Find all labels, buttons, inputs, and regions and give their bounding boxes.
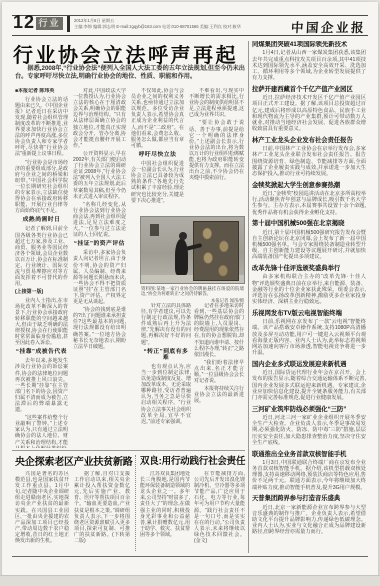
- main-column-3-upper: 不仅如此,协会与会员企业之间的权利义务关系,也亟待通过立法加以规范。多位受访企业…: [131, 88, 184, 214]
- main-headline: 行业协会立法呼声再起: [13, 39, 247, 68]
- body-paragraph: 也有观点认为,应当一步到位制定法律,以免造成制度反复、增加改革成本。无论采取哪种…: [141, 364, 191, 425]
- brief-headline: 国内企业多式联运发展迎来新机遇: [252, 361, 366, 369]
- newspaper-masthead: 中国企业报: [291, 18, 367, 36]
- column-subhead: 成熟尚需时日: [15, 217, 68, 223]
- brief-body: 近日,第十届中国机械500强研究报告发布会暨自主创新论坛在北京闭幕,会上发布了新…: [252, 230, 366, 261]
- column-subhead: “挂证”的资产评估: [73, 241, 126, 247]
- body-paragraph: “这些案件给整个行业敲响了警钟。”上述专家认为,只有通过立法明确协会的法人地位、…: [15, 415, 68, 448]
- brief-item: 金犊奖掀起大学生创意参赛热潮近日,“金犊奖”校园巡讲活动在北京多所高校举行,活动…: [252, 182, 366, 216]
- body-paragraph: “要让协会敢于说话、善于办事,前提是给它一个明确的法律身份。”上述副会长表示,行…: [189, 120, 244, 181]
- body-paragraph: 据了解,自对口支援工作启动以来,相关央企累计投入帮扶资金数亿元,先后实施产业、教…: [74, 471, 130, 544]
- body-paragraph: 不难看出,与现实中不断增长的需求相比,行业协会的制度供给明显不足,立法进程亟须提…: [189, 88, 244, 118]
- brief-headline: 天普集团跨界参与打造音乐盛典: [252, 495, 366, 503]
- body-paragraph: 记者了解到,目前全国各级各类行业协会已超过七万家,涉及工业、商贸、服务业等国民经…: [15, 226, 68, 287]
- brief-body: 近日,河北三河一家矿业企业组织开展冬季安全生产大检查。企业负责人表示,冬季是事故…: [252, 415, 366, 446]
- body-paragraph: “我们盼着法律早点出来,名正才能言顺。”一位县级协会会长对记者说。: [194, 360, 244, 384]
- bottom-right-headline: 双良:用行动践行社会责任: [140, 453, 245, 467]
- brief-item: 同煤集团突破41项国际领先新技术1月4日,记者从山西一家煤炭集团获悉,该集团去年…: [252, 41, 366, 81]
- brief-item: 改革先锋十佳评选颁奖盛典举行由多家机构联合主办的“改革先锋·十佳人物”评选颁奖盛…: [252, 265, 366, 305]
- body-paragraph: 不仅如此,协会与会员企业之间的权利义务关系,也亟待通过立法加以规范。多位受访企业…: [131, 88, 184, 149]
- byline: ■本报记者 陈玮英: [15, 88, 68, 94]
- edition-info: 2012年1月6日 星期五 主编:李锦 编辑:郭志明 E-mail:zgqyb@…: [74, 18, 244, 29]
- newspaper-page: 12 行业 2012年1月6日 星期五 主编:李锦 编辑:郭志明 E-mail:…: [0, 0, 380, 586]
- page-bottom-rule: [12, 556, 368, 557]
- news-photo: [141, 217, 244, 283]
- body-paragraph: “协会的钱到底是谁的?出了问题谁来承担责任?这些最基本的问题,现行法规都没有给出…: [73, 307, 126, 350]
- briefs-column: 同煤集团突破41项国际领先新技术1月4日,记者从山西一家煤炭集团获悉,该集团去年…: [252, 41, 366, 553]
- body-paragraph: 记者在多地采访时看到,一些基层协会的牌匾仍然挂在政府部门的院墙上,人员混岗、经费…: [194, 303, 244, 358]
- column-subhead: 呼吁尽快立法: [131, 152, 184, 158]
- brief-headline: 改革先锋十佳评选颁奖盛典举行: [252, 265, 366, 273]
- photo-window: [150, 224, 159, 236]
- brief-body: 近日,“金犊奖”校园巡讲活动在北京多所高校举行,活动聚焦青年创意与品牌成长,吸引…: [252, 191, 366, 216]
- page-number: 12: [13, 12, 35, 33]
- continued-note: (上接第一版): [15, 289, 68, 295]
- brief-item: 第十届中国机械500强在北京揭晓近日,第十届中国机械500强研究报告发布会暨自主…: [252, 220, 366, 260]
- main-column-3-lower: 针对立法的具体路径,有学者建议,可以先行制定行政法规,待条件成熟后再上升为法律,…: [141, 303, 191, 448]
- brief-body: 1月4日,记者从山西一家煤炭集团获悉,该集团去年共完成重点科技攻关项目百余项,其…: [252, 50, 366, 81]
- brief-item: 联通推出全业务首款双核智能手机1月3日,中国联通联合终端厂商在京发布全业务首款双…: [252, 451, 366, 491]
- bottom-left-headline: 央企探索老区产业扶贫新路: [15, 453, 130, 468]
- body-paragraph: 本报将持续关注行业协会立法的最新进展。: [194, 386, 244, 404]
- main-column-4-upper: 不难看出,与现实中不断增长的需求相比,行业协会的制度供给明显不足,立法进程亟须提…: [189, 88, 244, 214]
- brief-body: 由多家机构联合主办的“改革先锋·十佳人物”评选颁奖盛典日前在京举行,来自能源、装…: [252, 274, 366, 305]
- brief-headline: 同煤集团突破41项国际领先新技术: [252, 41, 366, 49]
- body-paragraph: 中国社会组织促进会一位副会长认为,行业协会立法已具备较为成熟的条件,“各地先行先…: [131, 161, 184, 204]
- bottom-right-column-1: 江苏双良集团地处长三角腹地,是国内节能环保装备制造领域的龙头企业之一。多年来,公…: [140, 471, 190, 553]
- header-divider-bar: [67, 16, 70, 32]
- brief-item: 国内企业多式联运发展迎来新机遇近日,国际货运代理行业年会在京召开。会上发布的报告…: [252, 361, 366, 401]
- brief-body: 1月3日,中国联通联合终端厂商在京发布全业务首款双核智能手机。据介绍,该机型搭载…: [252, 460, 366, 491]
- brief-item: 乐视网发布TV版云电视智能终端日前,乐视网在京发布了一款“云电视”智能终端。该产…: [252, 310, 366, 357]
- brief-body: 近日,北京一家新能源企业宣布跨界参与大型音乐盛典的制作与推广。企业负责人表示,希…: [252, 505, 366, 536]
- photo-worker-head: [179, 232, 187, 240]
- body-paragraph: 对此,中国政法大学一位教授认为,行业协会立法的核心在于厘清政会关系,明确协会的职…: [73, 88, 126, 149]
- bottom-section-rule: [12, 450, 245, 451]
- brief-body: 近日,拉萨经济技术开发区千亿产值产业园区项目正式开工建设。据了解,该项目总投资超…: [252, 95, 366, 132]
- brief-headline: 联通推出全业务首款双核智能手机: [252, 451, 366, 459]
- body-paragraph: 江苏双良集团地处长三角腹地,是国内节能环保装备制造领域的龙头企业之一。多年来,公…: [140, 471, 190, 538]
- article-lede: 据悉,2008年,“行业协会法”便列入全国人大法工委的五年立法规划,但至今仍未出…: [15, 65, 245, 81]
- photo-caption-text: 资料图:某地一家行业协会的牌匾悬挂在斑驳的院墙边,“协会为何难转正”之问仍待解答…: [141, 286, 244, 296]
- photo-door-plaque: [193, 221, 239, 281]
- brief-item: 三河矿业筑牢防线必须强化“三防”近日,河北三河一家矿业企业组织开展冬季安全生产大…: [252, 406, 366, 446]
- column-subhead: “挂靠”成被告代表: [15, 349, 68, 355]
- body-paragraph: 公开资料显示,早在2002年,有关部门便启动了行业协会立法的调研论证;2008年…: [73, 151, 126, 200]
- section-badge: 行业: [36, 17, 63, 30]
- briefs-divider-rule: [248, 41, 249, 553]
- header-top-rule: [12, 15, 368, 16]
- bottom-articles-divider: [135, 455, 136, 551]
- brief-headline: 三河矿业筑牢防线必须强化“三防”: [252, 406, 366, 414]
- photo-caption: 资料图:某地一家行业协会的牌匾悬挂在斑驳的院墙边,“协会为何难转正”之问仍待解答…: [141, 286, 244, 303]
- photo-worker-silhouette: [175, 239, 188, 275]
- brief-item: 拉萨开建西藏首个千亿产值产业园区近日,拉萨经济技术开发区千亿产值产业园区项目正式…: [252, 86, 366, 133]
- brief-headline: 拉萨开建西藏首个千亿产值产业园区: [252, 86, 366, 94]
- body-paragraph: 采访中,多家协会负责人向记者坦言,由于身份不明,协会的资产归属、人员编制、经费来…: [73, 250, 126, 305]
- body-paragraph: “行业协会是市场经济的重要组成部分,是政府与企业之间的桥梁和纽带。”中国社会科学…: [15, 160, 68, 215]
- body-paragraph: 兴国是著名的苏区模范县,也是国家扶贫开发工作重点县。1月中旬,记者随中央企业调研…: [15, 471, 69, 544]
- brief-headline: 乐视网发布TV版云电视智能终端: [252, 310, 366, 318]
- body-paragraph: 去年以来,多地发生涉及行业协会的诉讼案件,协会的法律地位问题再次被推上风口浪尖。…: [15, 358, 68, 413]
- brief-item: 天普集团跨界参与打造音乐盛典近日,北京一家新能源企业宣布跨界参与大型音乐盛典的制…: [252, 495, 366, 535]
- brief-body: 日前,中国林产工业协会在京举行发布会,多家林产工业龙头企业联合发布社会责任报告。…: [252, 146, 366, 177]
- brief-headline: 林产工业龙头企业发布社会责任报告: [252, 137, 366, 145]
- body-paragraph: 业内人士指出,在市场化改革不断深入的背景下,行业协会承接政府转移职能的空间越来越…: [15, 298, 68, 347]
- brief-item: 林产工业龙头企业发布社会责任报告日前,中国林产工业协会在京举行发布会,多家林产工…: [252, 137, 366, 177]
- body-paragraph: 针对立法的具体路径,有学者建议,可以先行制定行政法规,待条件成熟后再上升为法律,…: [141, 303, 191, 346]
- bottom-right-column-2: 在节能减排方面,公司先后开发出溴化锂制冷机、空冷器等多项节能产品,广泛应用于石化…: [194, 471, 245, 553]
- brief-body: 日前,乐视网在京发布了一款“云电视”智能终端。该产品搭载安卓操作系统,支持108…: [252, 319, 366, 356]
- scan-bottom-edge: [0, 575, 380, 586]
- bottom-left-column-2: 据了解,自对口支援工作启动以来,相关央企累计投入帮扶资金数亿元,先后实施产业、教…: [74, 471, 130, 553]
- column-subhead: “转正”到底有多难: [141, 349, 191, 361]
- brief-body: 近日,国际货运代理行业年会在京召开。会上发布的报告显示,随着综合交通运输体系不断…: [252, 370, 366, 401]
- main-column-2: 对此,中国政法大学一位教授认为,行业协会立法的核心在于厘清政会关系,明确协会的职…: [73, 88, 126, 448]
- brief-headline: 第十届中国机械500强在北京揭晓: [252, 220, 366, 228]
- edition-staff: 主编:李锦 编辑:郭志明 E-mail:zgqyb@163.com 电话:010…: [74, 24, 244, 30]
- main-column-1: ■本报记者 陈玮英行业协会立法的话题由来已久。《中国企业报》记者近日在采访中发现…: [15, 88, 68, 448]
- body-paragraph: 在节能减排方面,公司先后开发出溴化锂制冷机、空冷器等多项节能产品,广泛应用于石化…: [194, 471, 245, 544]
- brief-headline: 金犊奖掀起大学生创意参赛热潮: [252, 182, 366, 190]
- main-column-4-lower: 记者在多地采访时看到,一些基层协会的牌匾仍然挂在政府部门的院墙上,人员混岗、经费…: [194, 303, 244, 448]
- bottom-left-column-1: 兴国是著名的苏区模范县,也是国家扶贫开发工作重点县。1月中旬,记者随中央企业调研…: [15, 471, 69, 553]
- body-paragraph: “名称几经变化,从行业协会法到行业协会商会法,再到社会组织促进法,足见立法难度之…: [73, 202, 126, 239]
- body-paragraph: 行业协会立法的话题由来已久。《中国企业报》记者近日在采访中发现,随着社会组织管理…: [15, 97, 68, 158]
